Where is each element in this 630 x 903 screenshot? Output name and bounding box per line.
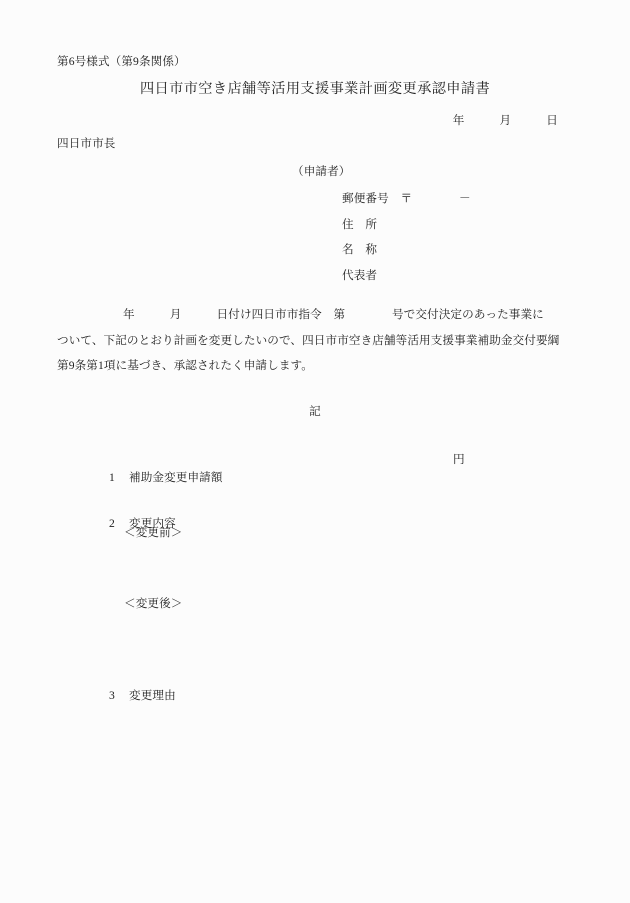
- after-change-label: ＜変更後＞: [124, 595, 182, 613]
- item-3-label: 変更理由: [129, 689, 176, 702]
- before-change-label: ＜変更前＞: [124, 524, 182, 542]
- body-line-3: 第9条第1項に基づき、承認されたく申請します。: [57, 357, 313, 375]
- ki-heading: 記: [57, 403, 573, 421]
- item-1-unit: 円: [453, 451, 465, 469]
- item-1-number: 1: [109, 469, 129, 487]
- document-title: 四日市市空き店舗等活用支援事業計画変更承認申請書: [0, 79, 630, 99]
- date-line: 年 月 日: [453, 112, 558, 130]
- applicant-heading: （申請者）: [292, 163, 350, 181]
- form-number: 第6号様式（第9条関係）: [57, 53, 186, 71]
- body-line-1: 年 月 日付け四日市市指令 第 号で交付決定のあった事業に: [123, 306, 544, 324]
- name-label: 名 称: [342, 241, 377, 259]
- item-3-row: 3変更理由: [97, 669, 630, 723]
- body-line-2: ついて、下記のとおり計画を変更したいので、四日市市空き店舗等活用支援事業補助金交…: [57, 332, 559, 350]
- postal-code-line: 郵便番号 〒 －: [342, 190, 471, 208]
- addressee: 四日市市長: [57, 135, 115, 153]
- item-3-number: 3: [109, 687, 129, 705]
- address-label: 住 所: [342, 216, 377, 234]
- document-page: 第6号様式（第9条関係） 四日市市空き店舗等活用支援事業計画変更承認申請書 年 …: [0, 0, 630, 903]
- item-1-label: 補助金変更申請額: [129, 471, 223, 484]
- representative-label: 代表者: [342, 267, 377, 285]
